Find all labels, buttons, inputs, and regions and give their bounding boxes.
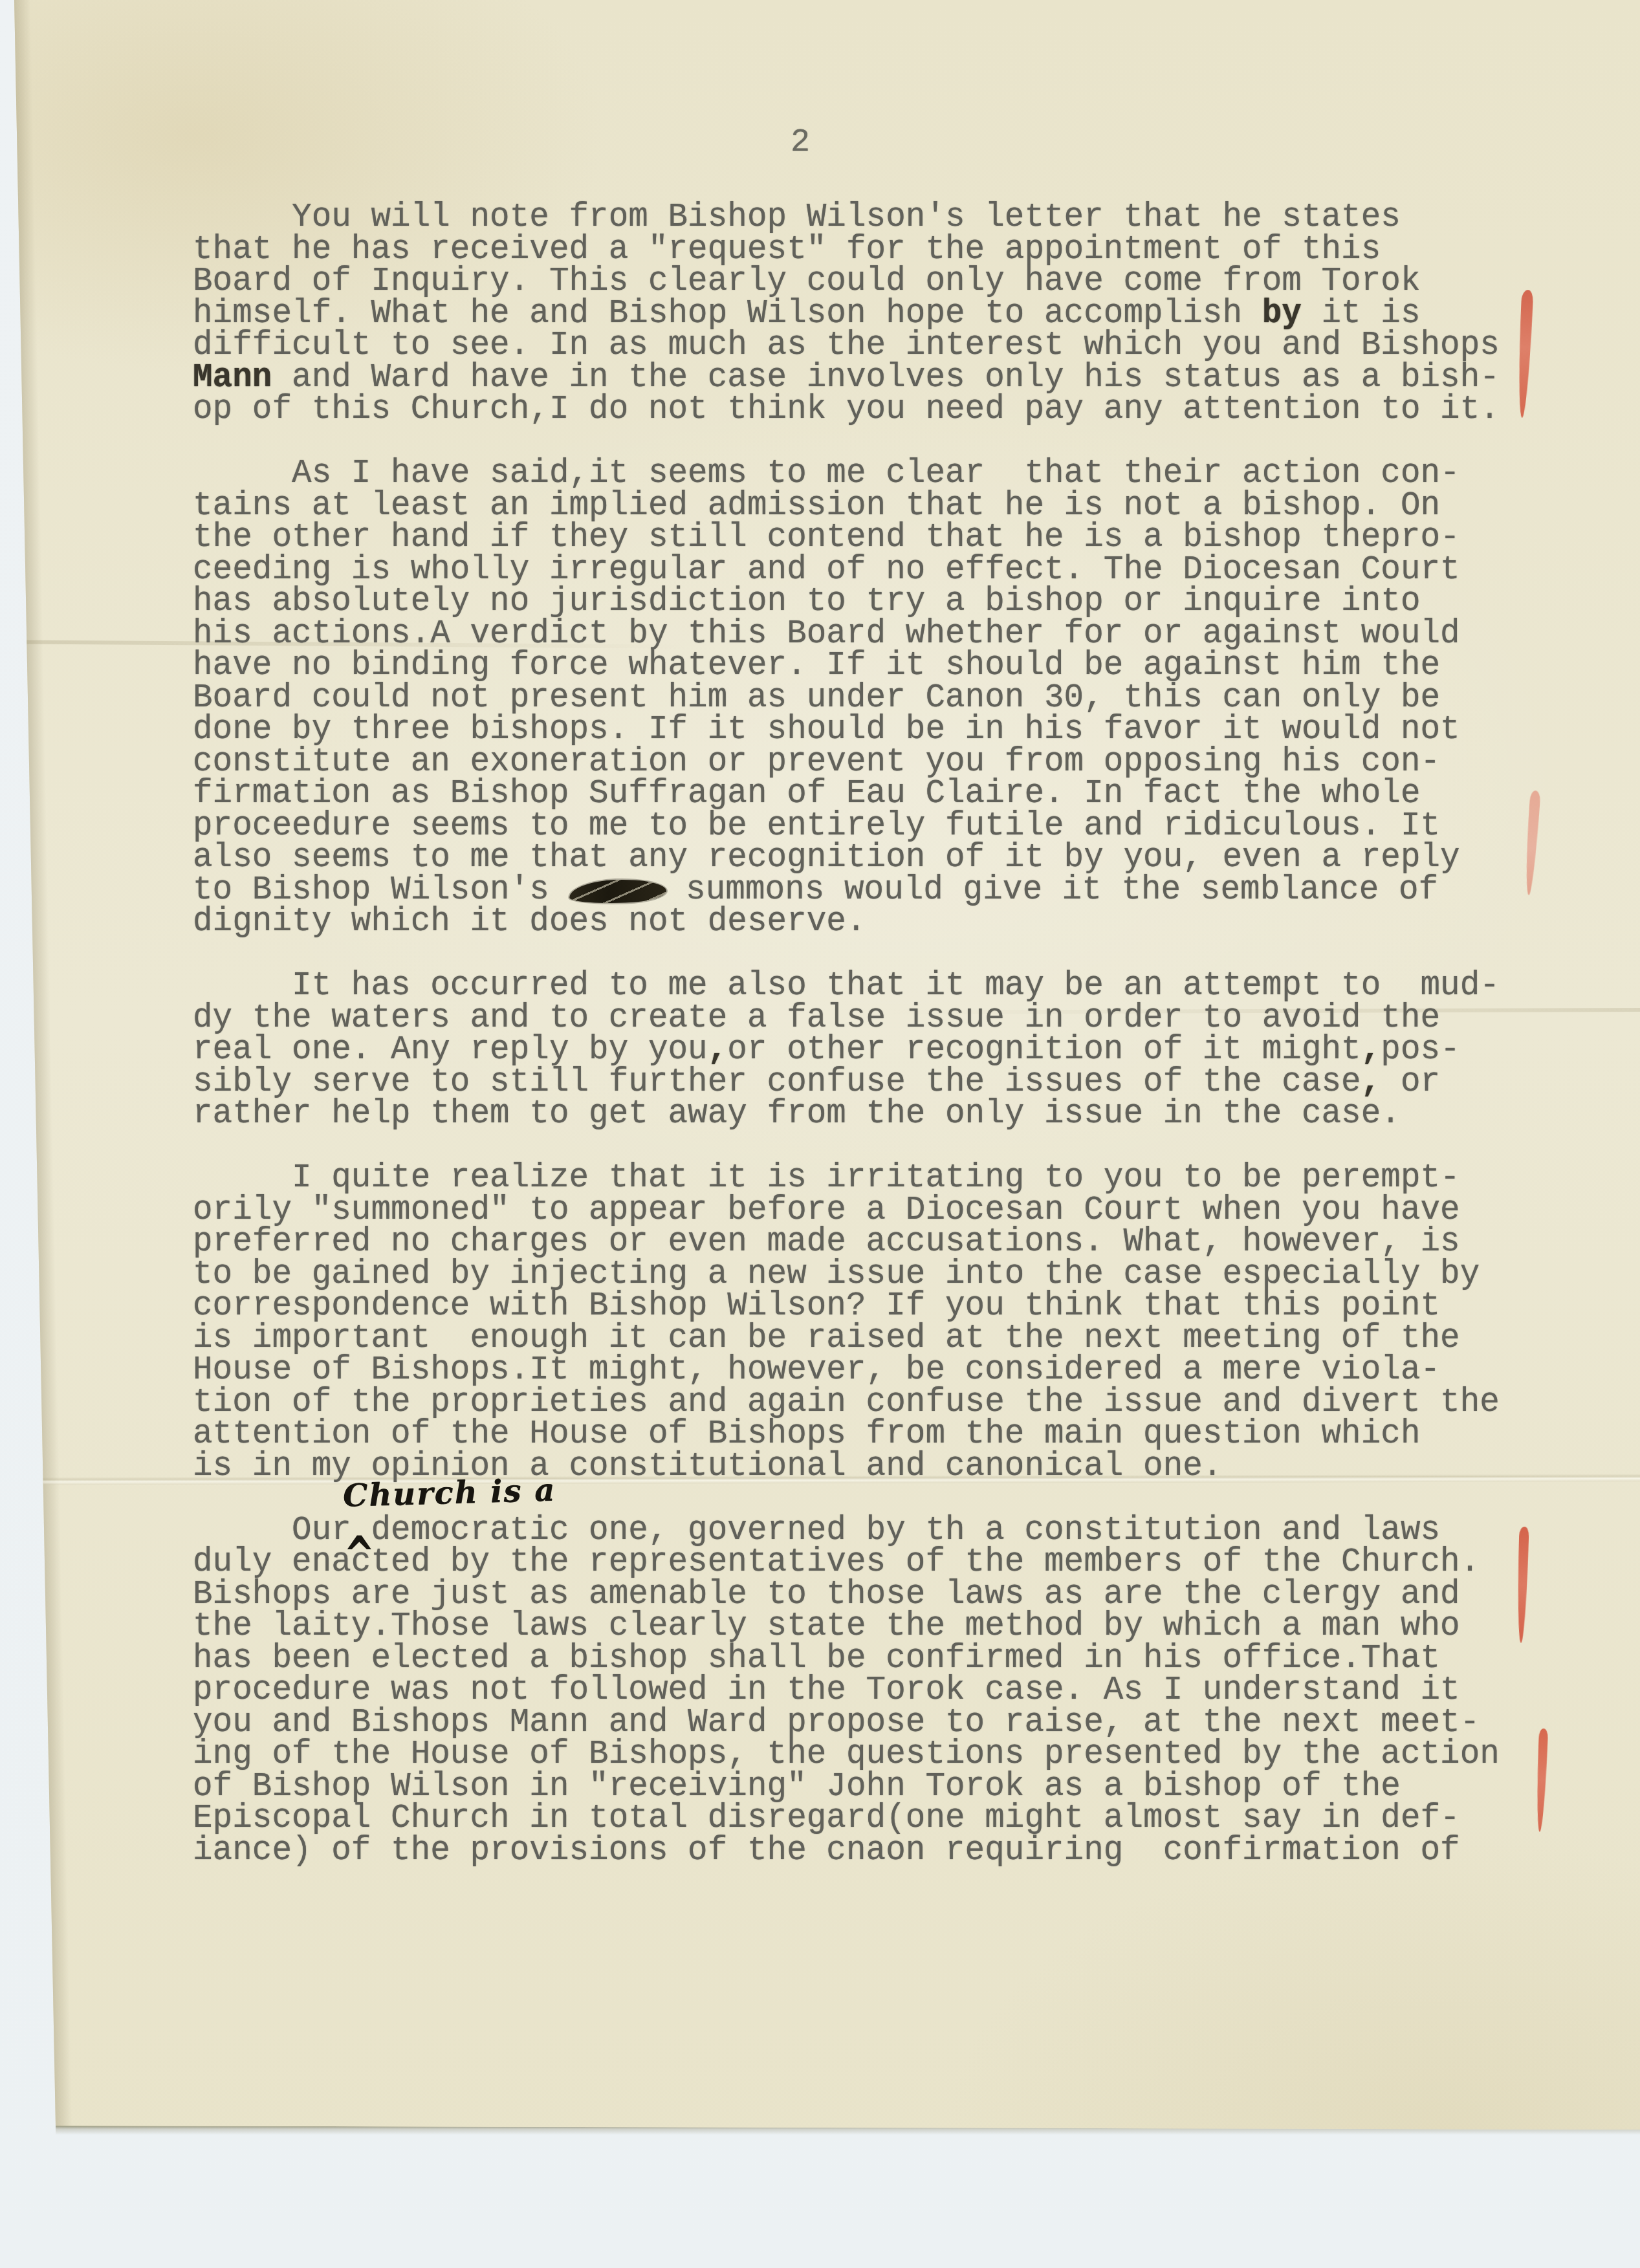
typed-line: Board could not present him as under Can… xyxy=(193,682,1558,715)
typed-line: has been elected a bishop shall be confi… xyxy=(193,1643,1558,1675)
typed-line: has absolutely no jurisdiction to try a … xyxy=(193,586,1558,618)
typed-line: correspondence with Bishop Wilson? If yo… xyxy=(193,1291,1558,1323)
paragraph: You will note from Bishop Wilson's lette… xyxy=(193,202,1558,426)
typed-line: himself. What he and Bishop Wilson hope … xyxy=(193,298,1558,331)
typed-line: of Bishop Wilson in "receiving" John Tor… xyxy=(193,1771,1558,1804)
letter-page: 2 You will note from Bishop Wilson's let… xyxy=(0,0,1640,2268)
typed-line: the other hand if they still contend tha… xyxy=(193,522,1558,554)
typed-line: procedure was not followed in the Torok … xyxy=(193,1675,1558,1707)
typed-line: As I have said,it seems to me clear that… xyxy=(193,458,1558,490)
typed-line: Board of Inquiry. This clearly could onl… xyxy=(193,266,1558,298)
typed-line: difficult to see. In as much as the inte… xyxy=(193,330,1558,362)
typed-line: I quite realize that it is irritating to… xyxy=(193,1162,1558,1195)
paragraph: As I have said,it seems to me clear that… xyxy=(193,458,1558,939)
overstruck-ink: by xyxy=(1262,296,1302,333)
typed-line: you and Bishops Mann and Ward propose to… xyxy=(193,1707,1558,1739)
typed-line: his actions.A verdict by this Board whet… xyxy=(193,618,1558,651)
typed-line: Our democratic one, governed by th a con… xyxy=(193,1515,1558,1547)
typed-line: sibly serve to still further confuse the… xyxy=(193,1067,1558,1099)
typed-line: ing of the House of Bishops, the questio… xyxy=(193,1739,1558,1771)
typed-line: preferred no charges or even made accusa… xyxy=(193,1227,1558,1259)
typed-line: done by three bishops. If it should be i… xyxy=(193,714,1558,747)
typed-letter-body: You will note from Bishop Wilson's lette… xyxy=(193,202,1558,1899)
paragraph: I quite realize that it is irritating to… xyxy=(193,1162,1558,1483)
typed-line: You will note from Bishop Wilson's lette… xyxy=(193,202,1558,234)
overstruck-ink: Mann xyxy=(193,360,272,397)
typed-line: op of this Church,I do not think you nee… xyxy=(193,394,1558,426)
typed-line: It has occurred to me also that it may b… xyxy=(193,970,1558,1003)
overstruck-ink: , xyxy=(1361,1064,1381,1101)
handwritten-insertion: Church is a xyxy=(342,1472,556,1514)
typed-line: duly enacted by the representatives of t… xyxy=(193,1547,1558,1579)
typed-line: dy the waters and to create a false issu… xyxy=(193,1003,1558,1035)
typed-line: iance) of the provisions of the cnaon re… xyxy=(193,1835,1558,1868)
typed-line: is important enough it can be raised at … xyxy=(193,1323,1558,1355)
typed-line: have no binding force whatever. If it sh… xyxy=(193,650,1558,682)
overstruck-ink: , xyxy=(1361,1032,1381,1069)
page-number: 2 xyxy=(791,124,810,161)
ink-scribble xyxy=(569,878,666,904)
scan-background: { "page": { "number": "2" }, "document":… xyxy=(0,0,1640,2268)
handwritten-caret: ^ xyxy=(344,1525,375,1585)
typed-line: proceedure seems to me to be entirely fu… xyxy=(193,811,1558,843)
typed-line: Mann and Ward have in the case involves … xyxy=(193,362,1558,395)
typed-line: ceeding is wholly irregular and of no ef… xyxy=(193,554,1558,587)
typed-line: also seems to me that any recognition of… xyxy=(193,842,1558,875)
paragraph: It has occurred to me also that it may b… xyxy=(193,970,1558,1131)
typed-line: to be gained by injecting a new issue in… xyxy=(193,1259,1558,1291)
typed-line: tains at least an implied admission that… xyxy=(193,490,1558,523)
paper-left-edge xyxy=(13,0,89,2130)
typed-line: rather help them to get away from the on… xyxy=(193,1098,1558,1131)
typed-line: attention of the House of Bishops from t… xyxy=(193,1419,1558,1451)
overstruck-ink: , xyxy=(708,1032,728,1069)
typed-line: real one. Any reply by you,or other reco… xyxy=(193,1034,1558,1067)
typed-line: dignity which it does not deserve. xyxy=(193,906,1558,939)
typed-line: that he has received a "request" for the… xyxy=(193,234,1558,267)
typed-line: Bishops are just as amenable to those la… xyxy=(193,1579,1558,1611)
typed-line: the laity.Those laws clearly state the m… xyxy=(193,1611,1558,1643)
typed-line: to Bishop Wilson's summons would give it… xyxy=(193,875,1558,907)
typed-line: constitute an exoneration or prevent you… xyxy=(193,747,1558,779)
paragraph: Our democratic one, governed by th a con… xyxy=(193,1515,1558,1868)
typed-line: orily "summoned" to appear before a Dioc… xyxy=(193,1195,1558,1227)
typed-line: firmation as Bishop Suffragan of Eau Cla… xyxy=(193,778,1558,811)
typed-line: House of Bishops.It might, however, be c… xyxy=(193,1355,1558,1387)
typed-line: Episcopal Church in total disregard(one … xyxy=(193,1803,1558,1835)
typed-line: tion of the proprieties and again confus… xyxy=(193,1387,1558,1419)
